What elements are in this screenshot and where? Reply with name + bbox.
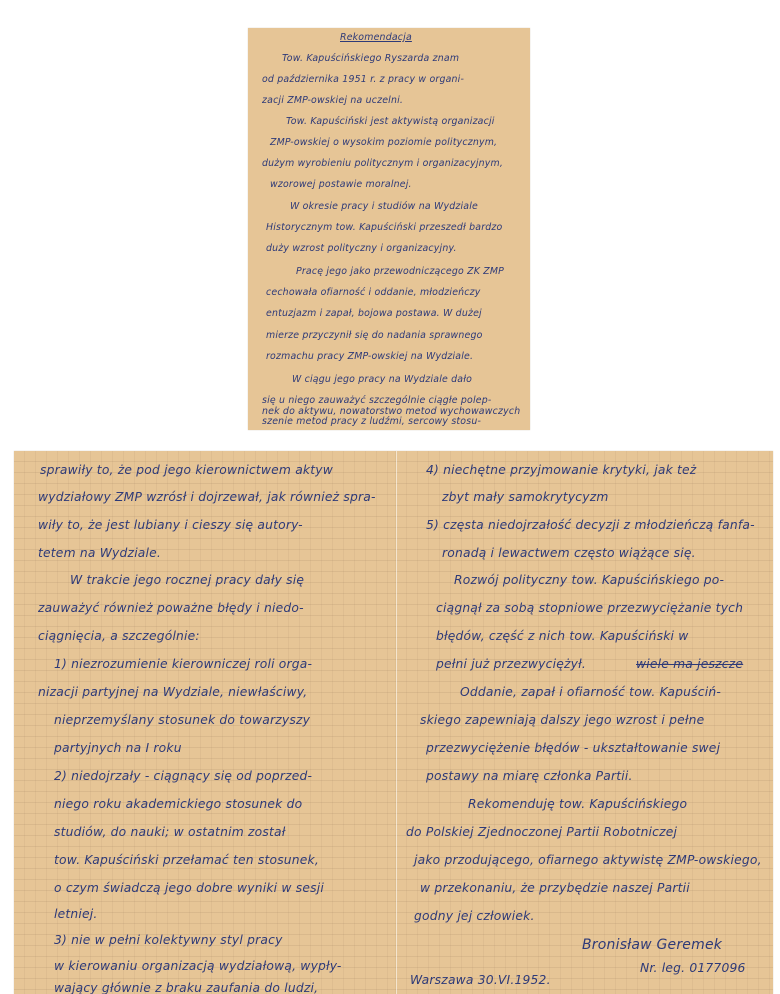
text-line: W ciągu jego pracy na Wydziale dało: [292, 374, 472, 385]
text-line: Tow. Kapuściński jest aktywistą organiza…: [286, 116, 495, 127]
page-fold: [396, 451, 397, 994]
text-line: W trakcie jego rocznej pracy dały się: [70, 573, 304, 587]
text-line: wiły to, że jest lubiany i cieszy się au…: [38, 518, 303, 532]
text-line: W okresie pracy i studiów na Wydziale: [290, 201, 478, 212]
text-line: szenie metod pracy z ludźmi, sercowy sto…: [262, 416, 481, 427]
text-line: Rozwój polityczny tow. Kapuścińskiego po…: [454, 573, 724, 587]
right-page-sheet: 4) niechętne przyjmowanie krytyki, jak t…: [396, 451, 773, 994]
legitimation-number: Nr. leg. 0177096: [640, 961, 746, 975]
text-line: nieprzemyślany stosunek do towarzyszy: [54, 713, 310, 727]
text-line: duży wzrost polityczny i organizacyjny.: [266, 243, 457, 254]
text-line: o czym świadczą jego dobre wyniki w sesj…: [54, 881, 324, 895]
text-line: błędów, część z nich tow. Kapuściński w: [436, 629, 689, 643]
text-line: godny jej człowiek.: [414, 909, 535, 923]
text-line: Oddanie, zapał i ofiarność tow. Kapuściń…: [460, 685, 721, 699]
text-line: studiów, do nauki; w ostatnim został: [54, 825, 285, 839]
text-line: do Polskiej Zjednoczonej Partii Robotnic…: [406, 825, 677, 839]
text-line: 1) niezrozumienie kierowniczej roli orga…: [54, 657, 312, 671]
text-line: ZMP-owskiej o wysokim poziomie polityczn…: [270, 137, 497, 148]
text-line: entuzjazm i zapał, bojowa postawa. W duż…: [266, 308, 482, 319]
text-line: jako przodującego, ofiarnego aktywistę Z…: [414, 853, 762, 867]
text-line: nizacji partyjnej na Wydziale, niewłaści…: [38, 685, 307, 699]
text-line: w przekonaniu, że przybędzie naszej Part…: [420, 881, 690, 895]
text-line: partyjnych na I roku: [54, 741, 182, 755]
left-page-sheet: sprawiły to, że pod jego kierownictwem a…: [14, 451, 396, 994]
text-line: tow. Kapuściński przełamać ten stosunek,: [54, 853, 319, 867]
text-line: letniej.: [54, 907, 98, 921]
text-line: 2) niedojrzały - ciągnący się od poprzed…: [54, 769, 312, 783]
text-line: cechowała ofiarność i oddanie, młodzieńc…: [266, 287, 481, 298]
text-line: pełni już przezwyciężył.: [436, 657, 586, 671]
document-title: Rekomendacja: [340, 32, 412, 43]
text-line: wydziałowy ZMP wzrósł i dojrzewał, jak r…: [38, 490, 376, 504]
text-line: 5) częsta niedojrzałość decyzji z młodzi…: [426, 518, 755, 532]
text-line: nek do aktywu, nowatorstwo metod wychowa…: [262, 406, 520, 417]
text-line: się u niego zauważyć szczególnie ciągłe …: [262, 395, 492, 406]
text-line: zauważyć również poważne błędy i niedo-: [38, 601, 304, 615]
text-line: Tow. Kapuścińskiego Ryszarda znam: [282, 53, 459, 64]
text-line: ronadą i lewactwem często wiążące się.: [442, 546, 696, 560]
text-line: Rekomenduję tow. Kapuścińskiego: [468, 797, 687, 811]
top-page-sheet: Rekomendacja Tow. Kapuścińskiego Ryszard…: [248, 28, 530, 430]
text-line: 3) nie w pełni kolektywny styl pracy: [54, 933, 283, 947]
struck-text: wiele ma jeszcze: [636, 657, 743, 671]
text-line: ciągnięcia, a szczególnie:: [38, 629, 200, 643]
text-line: przezwyciężenie błędów - ukształtowanie …: [426, 741, 720, 755]
text-line: niego roku akademickiego stosunek do: [54, 797, 302, 811]
signature: Bronisław Geremek: [582, 937, 722, 953]
text-line: mierze przyczynił się do nadania sprawne…: [266, 330, 483, 341]
text-line: 4) niechętne przyjmowanie krytyki, jak t…: [426, 463, 696, 477]
text-line: ciągnął za sobą stopniowe przezwyciężani…: [436, 601, 743, 615]
text-line: Historycznym tow. Kapuściński przeszedł …: [266, 222, 502, 233]
text-line: sprawiły to, że pod jego kierownictwem a…: [40, 463, 333, 477]
text-line: rozmachu pracy ZMP-owskiej na Wydziale.: [266, 351, 473, 362]
text-line: wający głównie z braku zaufania do ludzi…: [54, 981, 318, 994]
place-date: Warszawa 30.VI.1952.: [410, 973, 551, 987]
text-line: Pracę jego jako przewodniczącego ZK ZMP: [296, 266, 504, 277]
text-line: skiego zapewniają dalszy jego wzrost i p…: [420, 713, 704, 727]
text-line: zacji ZMP-owskiej na uczelni.: [262, 95, 403, 106]
text-line: w kierowaniu organizacją wydziałową, wyp…: [54, 959, 341, 973]
text-line: od października 1951 r. z pracy w organi…: [262, 74, 464, 85]
text-line: tetem na Wydziale.: [38, 546, 161, 560]
text-line: wzorowej postawie moralnej.: [270, 179, 412, 190]
text-line: zbyt mały samokrytycyzm: [442, 490, 609, 504]
text-line: postawy na miarę członka Partii.: [426, 769, 633, 783]
text-line: dużym wyrobieniu politycznym i organizac…: [262, 158, 503, 169]
